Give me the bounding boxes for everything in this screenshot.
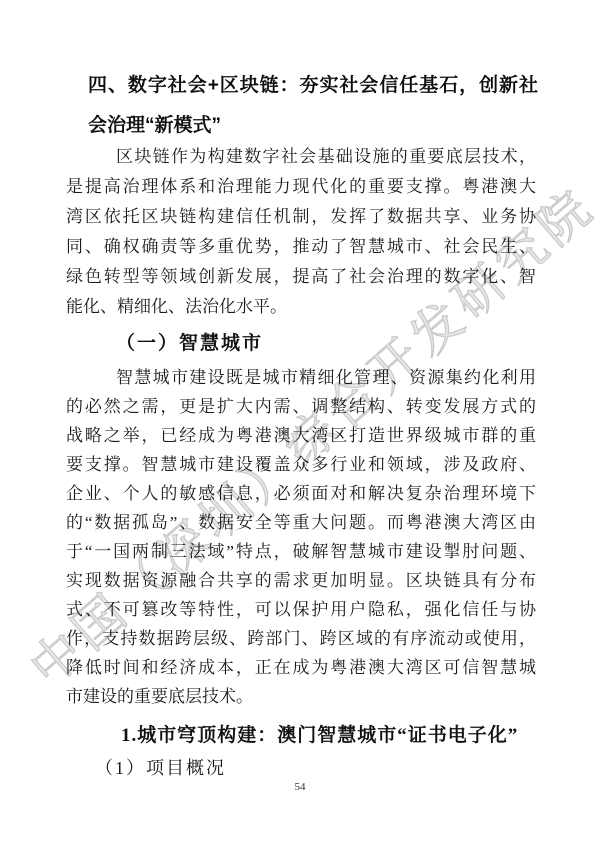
case-sub-heading-project-overview: （1）项目概况 (95, 754, 226, 780)
text-line: 同、确权确责等多重优势，推动了智慧城市、社会民生、 (66, 232, 536, 262)
text-line: 是提高治理体系和治理能力现代化的重要支撑。粤港澳大 (66, 172, 536, 202)
text-line: 企业、个人的敏感信息，必须面对和解决复杂治理环境下 (66, 479, 536, 508)
text-line: 区块链作为构建数字社会基础设施的重要底层技术， (66, 142, 536, 172)
case-heading-macau-certificates: 1.城市穹顶构建：澳门智慧城市“证书电子化” (121, 720, 518, 747)
text-line: 作，支持数据跨层级、跨部门、跨区域的有序流动或使用， (66, 624, 536, 653)
text-line: 的必然之需，更是扩大内需、调整结构、转变发展方式的 (66, 392, 536, 421)
section-heading-smart-city: （一）智慧城市 (116, 328, 263, 355)
text-line: 绿色转型等领域创新发展，提高了社会治理的数字化、智 (66, 262, 536, 292)
text-line: 四、数字社会+区块链：夯实社会信任基石，创新社 (88, 66, 538, 106)
text-line: 湾区依托区块链构建信任机制，发挥了数据共享、业务协 (66, 202, 536, 232)
text-line: 会治理“新模式” (88, 106, 538, 146)
page-number: 54 (0, 781, 600, 793)
intro-paragraph: 区块链作为构建数字社会基础设施的重要底层技术，是提高治理体系和治理能力现代化的重… (66, 142, 536, 322)
text-line: 降低时间和经济成本，正在成为粤港澳大湾区可信智慧城 (66, 653, 536, 682)
text-line: 能化、精细化、法治化水平。 (66, 292, 536, 322)
smart-city-paragraph: 智慧城市建设既是城市精细化管理、资源集约化利用的必然之需，更是扩大内需、调整结构… (66, 363, 536, 711)
text-line: 于“一国两制三法域”特点，破解智慧城市建设掣肘问题、 (66, 537, 536, 566)
text-line: 智慧城市建设既是城市精细化管理、资源集约化利用 (66, 363, 536, 392)
text-line: 实现数据资源融合共享的需求更加明显。区块链具有分布 (66, 566, 536, 595)
text-line: 战略之举，已经成为粤港澳大湾区打造世界级城市群的重 (66, 421, 536, 450)
text-line: 市建设的重要底层技术。 (66, 682, 536, 711)
text-line: 式、不可篡改等特性，可以保护用户隐私，强化信任与协 (66, 595, 536, 624)
document-page: 中国（深圳）综合开发研究院 四、数字社会+区块链：夯实社会信任基石，创新社会治理… (0, 0, 600, 848)
chapter-title: 四、数字社会+区块链：夯实社会信任基石，创新社会治理“新模式” (88, 66, 538, 146)
text-line: 的“数据孤岛”、数据安全等重大问题。而粤港澳大湾区由 (66, 508, 536, 537)
text-line: 要支撑。智慧城市建设覆盖众多行业和领域，涉及政府、 (66, 450, 536, 479)
